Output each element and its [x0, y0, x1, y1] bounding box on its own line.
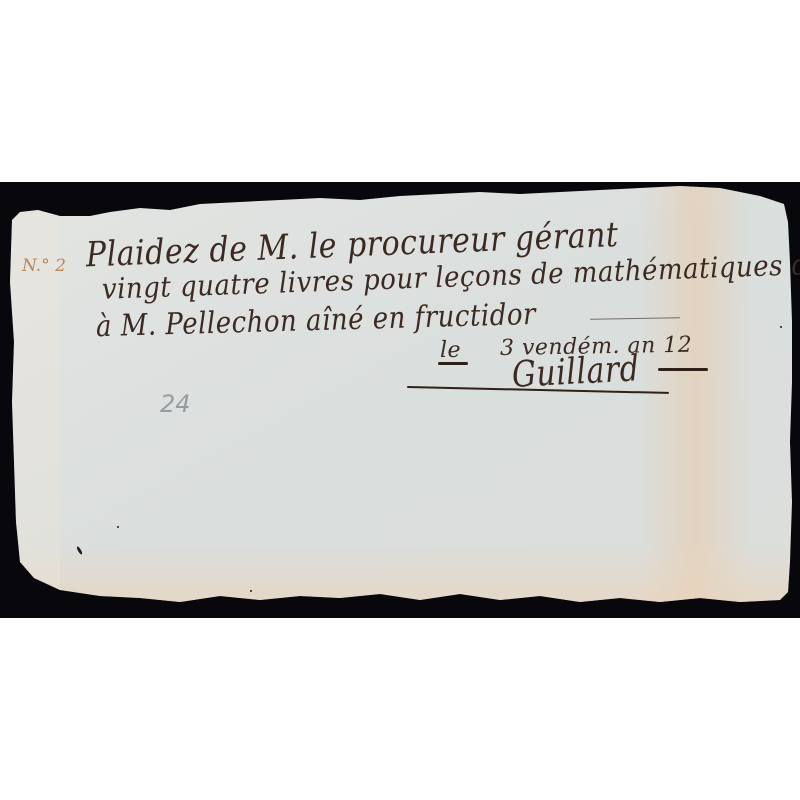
date-prefix: le	[440, 338, 461, 363]
signature-dash-right	[658, 368, 708, 371]
ink-speck	[780, 326, 782, 328]
signature-dash-left	[438, 362, 468, 365]
ink-speck	[117, 526, 119, 528]
scan-canvas: N.° 2 Plaidez de M. le procureur gérant …	[0, 0, 800, 800]
document-number-mark: N.° 2	[22, 256, 66, 276]
ink-speck	[250, 590, 252, 592]
pencil-annotation: 24	[160, 390, 191, 418]
